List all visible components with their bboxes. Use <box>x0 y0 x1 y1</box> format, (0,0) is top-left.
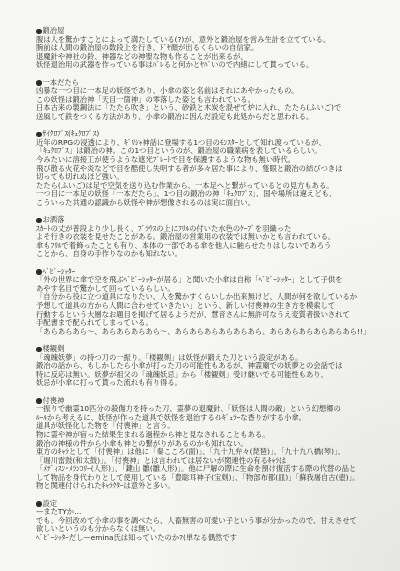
text-line: 妖忌が小傘に打って貰った流れも有り得る。 <box>36 379 386 388</box>
text-line: こういった共通の認識から妖怪や神が想像されるのは実に面白い。 <box>36 199 386 208</box>
section-cyclops: ｻｲｸﾛﾌﾟｽ(ｷｭｸﾛﾌﾟｽ) 近年のRPGの浸透により、ｷﾞﾘｼｬ神話に登場… <box>36 130 386 207</box>
text-line: 妖怪退治用の武器を作っている事はﾊﾞﾚると何かとﾔﾊﾞいので内緒にして貰っている… <box>36 61 386 70</box>
bullet-icon <box>36 29 42 35</box>
section-tsukumogami: 付喪神 一振りで幽霊10匹分の殺傷力を持った刀、霊夢の退魔針、「妖怪は人間の敵」… <box>36 397 386 492</box>
text-line: ことから、自身の手作りなのかも知れない。 <box>36 250 386 259</box>
section-kajiya: 鍛冶屋 腹は人を驚かすことによって満たしている(?)が、意外と鍛冶屋を営み生計を… <box>36 27 386 70</box>
text-line: 「あらあらあら〜、あらあらあらあら〜、あらあらあらあらあらあら、あらあらあらあら… <box>36 328 386 337</box>
bullet-icon <box>36 269 42 275</box>
section-babysitter: ﾍﾞﾋﾞｰｼｯﾀｰ 「外の世界に傘で空を飛ぶﾍﾞﾋﾞｰｼｯﾀｰが居る」と聞いた小… <box>36 268 386 337</box>
text-line: 送風して鉄をつくる方法があり、小傘の鍛冶に因んだ設定も此処からだと思われる。 <box>36 113 386 122</box>
text-line: 物と関連付けられたｷｬﾗｸﾀｰは意外と多い。 <box>36 482 386 491</box>
bullet-icon <box>36 218 42 224</box>
bullet-icon <box>36 501 42 507</box>
bullet-icon <box>36 347 42 353</box>
bullet-icon <box>36 132 42 138</box>
bullet-icon <box>36 80 42 86</box>
section-oshare: お洒落 ｽｶｰﾄの丈が普段より少し長く、ﾌﾞﾗｳｽの上にﾌﾘﾙの付いた水色のｹｰ… <box>36 216 386 259</box>
document-page: 鍛冶屋 腹は人を驚かすことによって満たしている(?)が、意外と鍛冶屋を営み生計を… <box>36 27 386 551</box>
section-heading: 設定 <box>36 500 386 509</box>
section-roukanken: 楼観剣 「魂魄妖夢」の持つ刀の一振り。「楼観剣」は妖怪が鍛えた刀という設定がある… <box>36 345 386 388</box>
section-ippon-datara: 一本だたら 凶暴な一つ目に一本足の妖怪であり、小傘の姿と名前はそれにあやかったも… <box>36 79 386 122</box>
text-line: ﾍﾞﾋﾞｰｼｯﾀｰだし—emina氏は知っていたのか?(単なる偶然です <box>36 534 386 543</box>
bullet-icon <box>36 398 42 404</box>
section-settei: 設定 —またTYか… でも、今回改めて小傘の事を調べたら、人畜無害の可愛い子とい… <box>36 500 386 543</box>
